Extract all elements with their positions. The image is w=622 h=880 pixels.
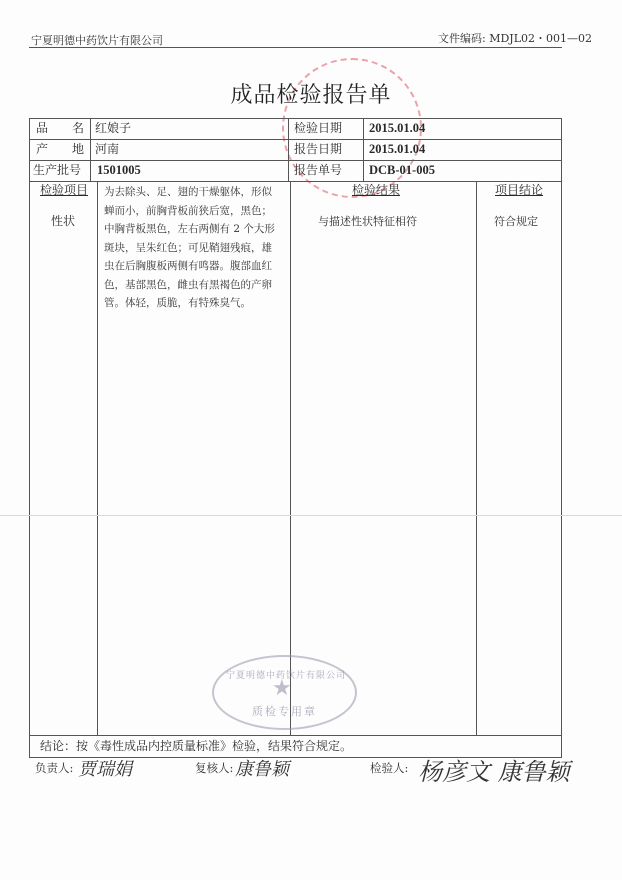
reviewer-label: 复核人: (195, 760, 233, 776)
batch-label: 生产批号 (33, 160, 81, 181)
origin-value: 河南 (95, 139, 119, 160)
file-code: 文件编码: MDJL02・001—02 (438, 30, 592, 46)
item-name: 性状 (51, 211, 75, 232)
conclusion-text: 结论：按《毒性成品内控质量标准》检验，结果符合规定。 (40, 736, 352, 757)
file-code-label: 文件编码: (438, 32, 486, 45)
header-result: 检验结果 (352, 180, 400, 201)
standard-line: 管。体轻，质脆，有特殊臭气。 (104, 294, 286, 313)
responsible-signature: 贾瑞娟 (78, 755, 132, 781)
report-no-value: DCB-01-005 (369, 160, 435, 181)
inspect-date-label: 检验日期 (294, 118, 342, 139)
responsible-label: 负责人: (35, 760, 73, 776)
standard-line: 中胸背板黑色，左右两侧有 2 个大形 (104, 220, 286, 239)
item-conclusion: 符合规定 (494, 211, 538, 232)
scan-artifact-line (0, 515, 622, 516)
report-no-label: 报告单号 (294, 160, 342, 181)
header-conclusion: 项目结论 (495, 180, 543, 201)
file-code-value: MDJL02・001—02 (489, 32, 592, 45)
reviewer-signature: 康鲁颖 (235, 755, 289, 781)
inspector-label: 检验人: (370, 760, 408, 776)
item-standard: 为去除头、足、翅的干燥躯体，形似 蝉而小，前胸背板前狭后宽，黑色； 中胸背板黑色… (104, 183, 286, 313)
stamp-inner-text: 质检专用章 (252, 703, 317, 719)
batch-value: 1501005 (97, 160, 141, 181)
origin-label: 产 地 (36, 139, 84, 160)
report-date-label: 报告日期 (294, 139, 342, 160)
stamp-outer-text: 宁夏明德中药饮片有限公司 (226, 668, 346, 681)
standard-line: 虫在后胸腹板两侧有鸣器。腹部血红 (104, 257, 286, 276)
standard-line: 斑块，呈朱红色；可见鞘翅残痕，雄 (104, 239, 286, 258)
company-name: 宁夏明德中药饮片有限公司 (31, 32, 163, 48)
inspector-signature: 杨彦文 康鲁颖 (418, 752, 570, 787)
standard-line: 为去除头、足、翅的干燥躯体，形似 (104, 183, 286, 202)
header-divider (29, 47, 562, 48)
product-name-value: 红娘子 (95, 118, 131, 139)
product-name-label: 品 名 (36, 118, 84, 139)
standard-line: 蝉而小，前胸背板前狭后宽，黑色； (104, 202, 286, 221)
document-title: 成品检验报告单 (0, 78, 622, 109)
inspect-date-value: 2015.01.04 (369, 118, 425, 139)
item-result: 与描述性状特征相符 (318, 211, 417, 232)
header-item: 检验项目 (40, 180, 88, 201)
standard-line: 色，基部黑色，雌虫有黑褐色的产卵 (104, 276, 286, 295)
report-date-value: 2015.01.04 (369, 139, 425, 160)
